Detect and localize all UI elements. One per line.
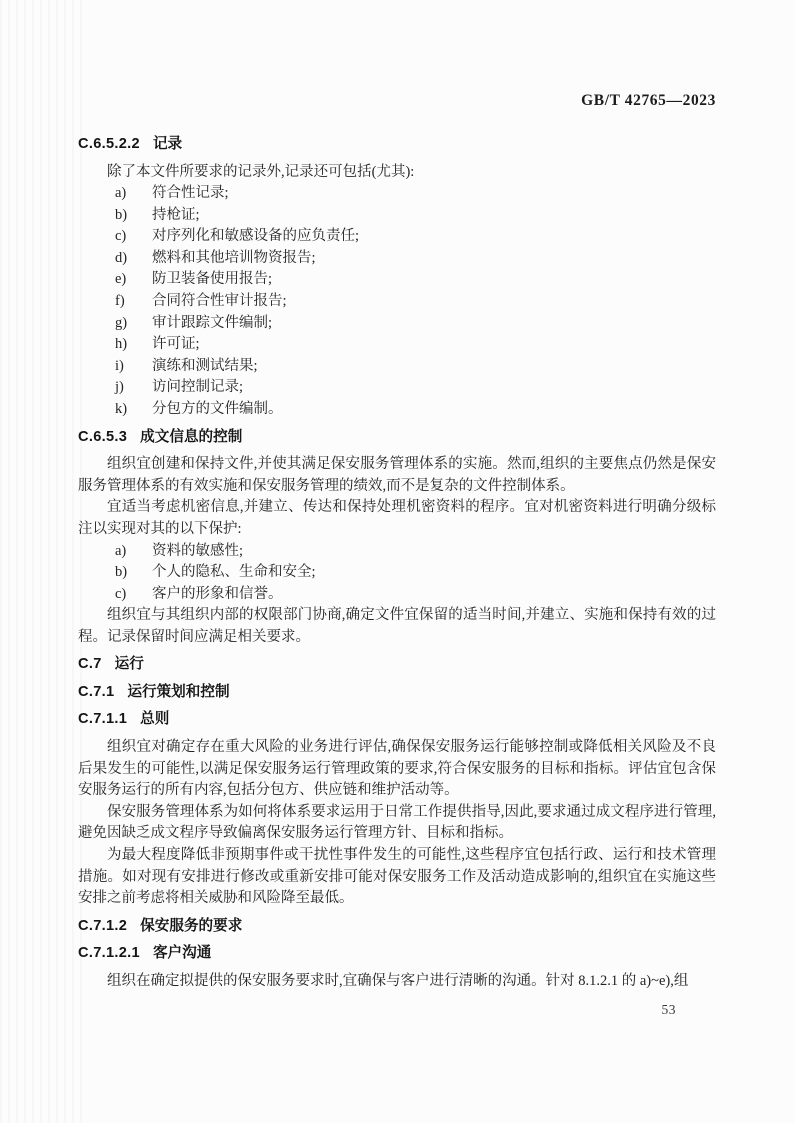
list-item: b)持枪证; [78,205,716,227]
list-marker: g) [115,313,152,335]
section-heading-c653: C.6.5.3成文信息的控制 [78,427,716,449]
section-heading-c712: C.7.1.2保安服务的要求 [78,916,716,938]
list-marker: e) [115,269,152,291]
paragraph: 除了本文件所要求的记录外,记录还可包括(尤其): [78,162,716,184]
list-item: k)分包方的文件编制。 [78,399,716,421]
list-marker: c) [115,226,152,248]
section-number: C.6.5.2.2 [78,136,140,152]
list-marker: d) [115,248,152,270]
list-text: 客户的形象和信誉。 [152,584,716,606]
list-marker: k) [115,399,152,421]
list-text: 符合性记录; [152,183,716,205]
section-number: C.7.1.2.1 [78,945,140,961]
list-marker: j) [115,377,152,399]
list-marker: h) [115,334,152,356]
list-item: a)资料的敏感性; [78,541,716,563]
paragraph: 保安服务管理体系为如何将体系要求运用于日常工作提供指导,因此,要求通过成文程序进… [78,802,716,845]
section-title: 总则 [140,711,169,727]
section-title: 保安服务的要求 [140,918,242,934]
section-heading-c71: C.7.1运行策划和控制 [78,682,716,704]
paragraph: 组织宜与其组织内部的权限部门协商,确定文件宜保留的适当时间,并建立、实施和保持有… [78,605,716,648]
section-number: C.7 [78,656,102,672]
section-number: C.7.1 [78,684,114,700]
list-text: 对序列化和敏感设备的应负责任; [152,226,716,248]
paragraph: 宜适当考虑机密信息,并建立、传达和保持处理机密资料的程序。宜对机密资料进行明确分… [78,497,716,540]
paragraph: 组织宜对确定存在重大风险的业务进行评估,确保保安服务运行能够控制或降低相关风险及… [78,737,716,802]
section-title: 运行策划和控制 [127,684,229,700]
section-number: C.7.1.1 [78,711,127,727]
protection-list: a)资料的敏感性; b)个人的隐私、生命和安全; c)客户的形象和信誉。 [78,541,716,606]
list-marker: b) [115,205,152,227]
list-text: 审计跟踪文件编制; [152,313,716,335]
section-heading-c7121: C.7.1.2.1客户沟通 [78,943,716,965]
list-item: c)对序列化和敏感设备的应负责任; [78,226,716,248]
list-item: h)许可证; [78,334,716,356]
list-item: d)燃料和其他培训物资报告; [78,248,716,270]
list-item: g)审计跟踪文件编制; [78,313,716,335]
record-list: a)符合性记录; b)持枪证; c)对序列化和敏感设备的应负责任; d)燃料和其… [78,183,716,421]
page-number: 53 [78,1001,716,1019]
section-title: 成文信息的控制 [140,429,242,445]
section-title: 客户沟通 [153,945,211,961]
section-number: C.6.5.3 [78,429,127,445]
list-item: c)客户的形象和信誉。 [78,584,716,606]
list-text: 许可证; [152,334,716,356]
section-title: 运行 [115,656,144,672]
list-item: b)个人的隐私、生命和安全; [78,562,716,584]
standard-code-header: GB/T 42765—2023 [78,92,716,110]
section-number: C.7.1.2 [78,918,127,934]
section-heading-c711: C.7.1.1总则 [78,709,716,731]
section-heading-c6522: C.6.5.2.2记录 [78,134,716,156]
list-text: 访问控制记录; [152,377,716,399]
paragraph: 组织在确定拟提供的保安服务要求时,宜确保与客户进行清晰的沟通。针对 8.1.2.… [78,971,716,993]
section-title: 记录 [153,136,182,152]
list-text: 燃料和其他培训物资报告; [152,248,716,270]
list-text: 个人的隐私、生命和安全; [152,562,716,584]
document-page: GB/T 42765—2023 C.6.5.2.2记录 除了本文件所要求的记录外… [0,0,794,1019]
paragraph: 组织宜创建和保持文件,并使其满足保安服务管理体系的实施。然而,组织的主要焦点仍然… [78,454,716,497]
list-marker: b) [115,562,152,584]
list-marker: i) [115,356,152,378]
list-text: 分包方的文件编制。 [152,399,716,421]
list-item: j)访问控制记录; [78,377,716,399]
list-marker: c) [115,584,152,606]
section-heading-c7: C.7运行 [78,654,716,676]
list-text: 演练和测试结果; [152,356,716,378]
list-marker: a) [115,541,152,563]
paragraph: 为最大程度降低非预期事件或干扰性事件发生的可能性,这些程序宜包括行政、运行和技术… [78,845,716,910]
list-text: 防卫装备使用报告; [152,269,716,291]
list-item: e)防卫装备使用报告; [78,269,716,291]
list-text: 资料的敏感性; [152,541,716,563]
list-text: 持枪证; [152,205,716,227]
list-item: i)演练和测试结果; [78,356,716,378]
list-marker: f) [115,291,152,313]
list-item: a)符合性记录; [78,183,716,205]
list-marker: a) [115,183,152,205]
list-text: 合同符合性审计报告; [152,291,716,313]
list-item: f)合同符合性审计报告; [78,291,716,313]
